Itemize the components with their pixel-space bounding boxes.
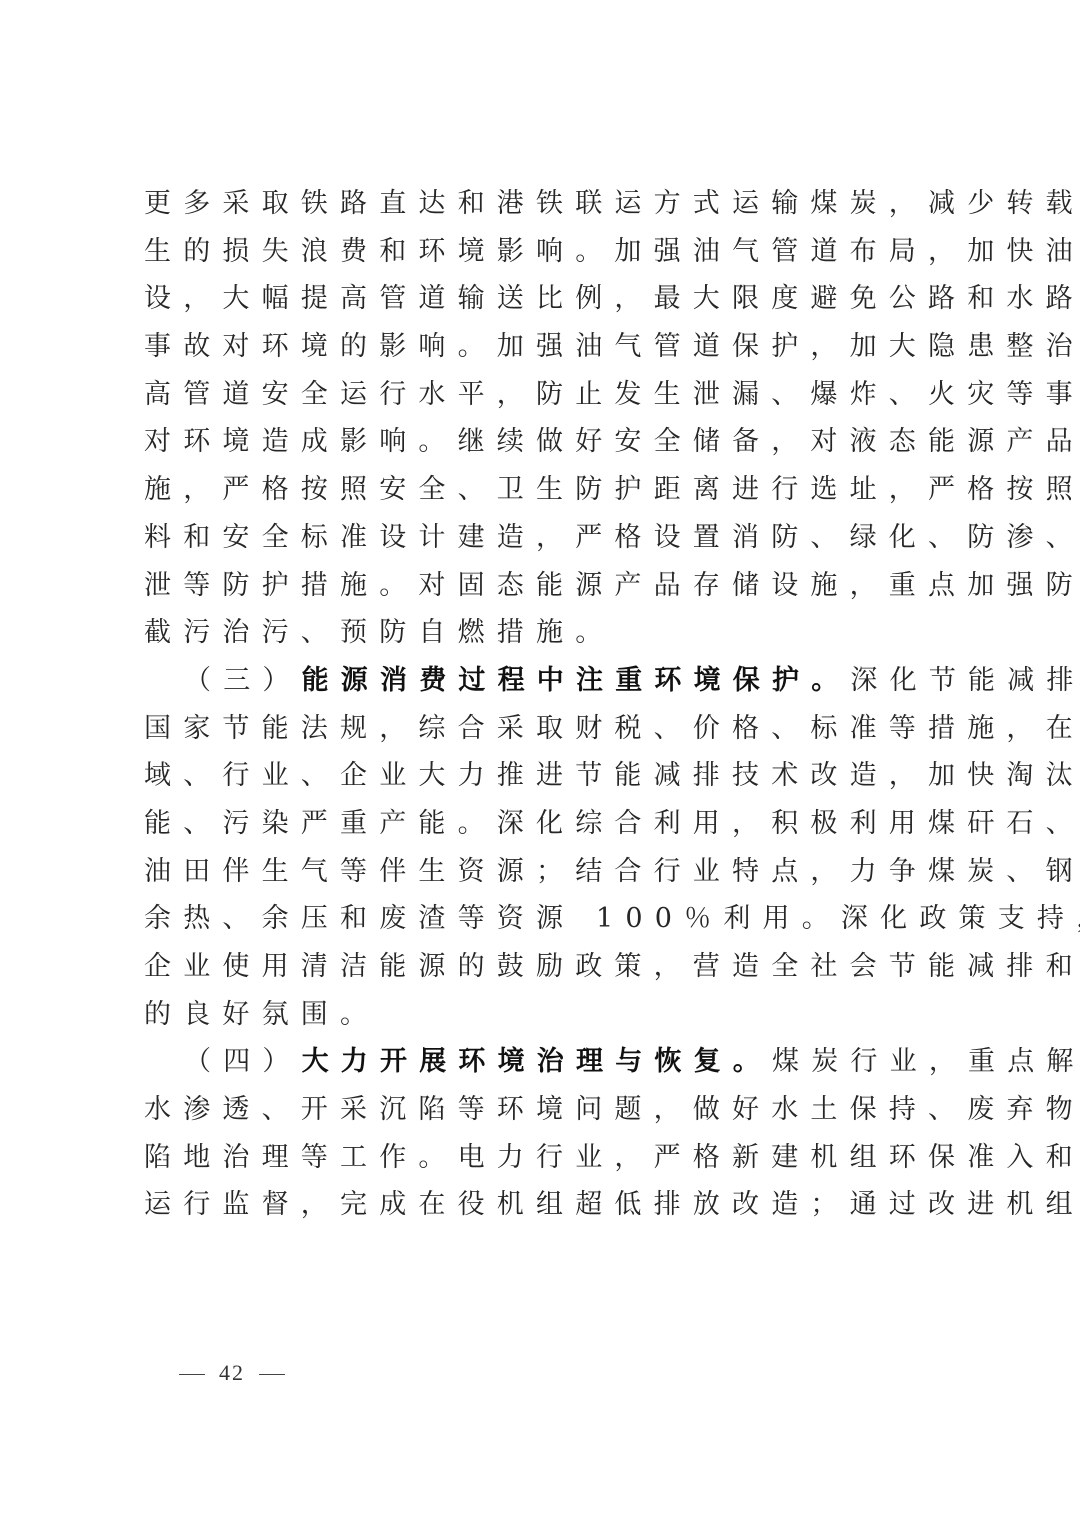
text-line: 水渗透、开采沉陷等环境问题，做好水土保持、废弃物利用、塌 [144,1086,944,1134]
section-heading-line: （四）大力开展环境治理与恢复。煤炭行业，重点解决地下 [144,1038,944,1086]
text-line: 更多采取铁路直达和港铁联运方式运输煤炭，减少转载或过驳产 [144,180,944,228]
text-line: 企业使用清洁能源的鼓励政策，营造全社会节能减排和保护环境 [144,943,944,991]
text-line: 高管道安全运行水平，防止发生泄漏、爆炸、火灾等事故，避免 [144,371,944,419]
text-line: 运行监督，完成在役机组超低排放改造；通过改进机组设计、合 [144,1181,944,1229]
section-text: 深化节能减排，依照 [850,665,1080,696]
text-line: 油田伴生气等伴生资源；结合行业特点，力争煤炭、钢铁等领域 [144,848,944,896]
dash-right [259,1374,285,1375]
text-line: 料和安全标准设计建造，严格设置消防、绿化、防渗、防溢、防 [144,514,944,562]
text-line: 的良好氛围。 [144,991,944,1039]
text-line: 生的损失浪费和环境影响。加强油气管道布局，加快油气管网建 [144,228,944,276]
text-line: 截污治污、预防自燃措施。 [144,609,944,657]
section-title: 大力开展环境治理与恢复。 [302,1046,772,1077]
text-line: 泄等防护措施。对固态能源产品存储设施，重点加强防尘集尘、 [144,562,944,610]
section-number: （四） [184,1046,302,1077]
text-line: 域、行业、企业大力推进节能减排技术改造，加快淘汰落后产 [144,752,944,800]
section-text: 煤炭行业，重点解决地下 [772,1046,1080,1077]
document-page: 更多采取铁路直达和港铁联运方式运输煤炭，减少转载或过驳产 生的损失浪费和环境影响… [0,0,1080,1526]
dash-left [179,1374,205,1375]
body-text: 更多采取铁路直达和港铁联运方式运输煤炭，减少转载或过驳产 生的损失浪费和环境影响… [144,180,944,1229]
section-heading-line: （三）能源消费过程中注重环境保护。深化节能减排，依照 [144,657,944,705]
text-line: 国家节能法规，综合采取财税、价格、标准等措施，在重点领 [144,705,944,753]
text-line: 能、污染严重产能。深化综合利用，积极利用煤矸石、矿井水和 [144,800,944,848]
text-line: 陷地治理等工作。电力行业，严格新建机组环保准入和环保设施 [144,1134,944,1182]
text-line: 余热、余压和废渣等资源 100％利用。深化政策支持，出台引导 [144,895,944,943]
text-line: 设，大幅提高管道输送比例，最大限度避免公路和水路运输突发 [144,275,944,323]
page-footer: 42 [165,1360,299,1386]
text-line: 事故对环境的影响。加强油气管道保护，加大隐患整治力度，提 [144,323,944,371]
section-title: 能源消费过程中注重环境保护。 [302,665,851,696]
section-number: （三） [184,665,302,696]
text-line: 对环境造成影响。继续做好安全储备，对液态能源产品存储设 [144,418,944,466]
page-number: 42 [219,1360,245,1385]
text-line: 施，严格按照安全、卫生防护距离进行选址，严格按照工艺、材 [144,466,944,514]
